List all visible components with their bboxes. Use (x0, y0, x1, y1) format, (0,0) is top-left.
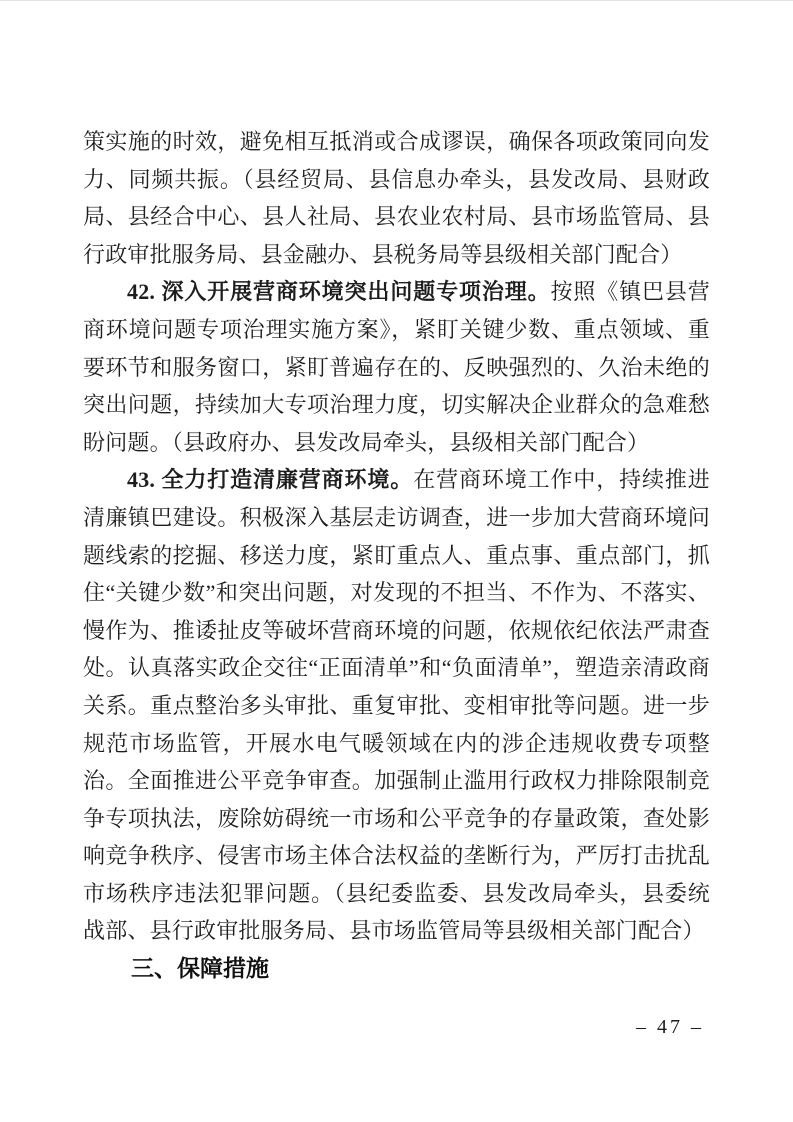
section-heading: 三、保障措施 (83, 950, 710, 988)
paragraph-item-42-heading: 42. 深入开展营商环境突出问题专项治理。 (127, 279, 551, 304)
document-page: 策实施的时效，避免相互抵消或合成谬误，确保各项政策同向发力、同频共振。（县经贸局… (0, 0, 793, 1122)
page-number: – 47 – (620, 1016, 720, 1039)
paragraph-continuation-text: 策实施的时效，避免相互抵消或合成谬误，确保各项政策同向发力、同频共振。（县经贸局… (83, 129, 710, 267)
paragraph-item-42: 42. 深入开展营商环境突出问题专项治理。按照《镇巴县营商环境问题专项治理实施方… (83, 273, 710, 461)
paragraph-item-43-heading: 43. 全力打造清廉营商环境。 (127, 467, 413, 492)
document-body: 策实施的时效，避免相互抵消或合成谬误，确保各项政策同向发力、同频共振。（县经贸局… (83, 123, 710, 988)
paragraph-item-42-text: 按照《镇巴县营商环境问题专项治理实施方案》，紧盯关键少数、重点领域、重要环节和服… (83, 279, 710, 454)
paragraph-item-43: 43. 全力打造清廉营商环境。在营商环境工作中，持续推进清廉镇巴建设。积极深入基… (83, 461, 710, 950)
paragraph-item-43-text: 在营商环境工作中，持续推进清廉镇巴建设。积极深入基层走访调查，进一步加大营商环境… (83, 467, 710, 943)
paragraph-continuation: 策实施的时效，避免相互抵消或合成谬误，确保各项政策同向发力、同频共振。（县经贸局… (83, 123, 710, 273)
